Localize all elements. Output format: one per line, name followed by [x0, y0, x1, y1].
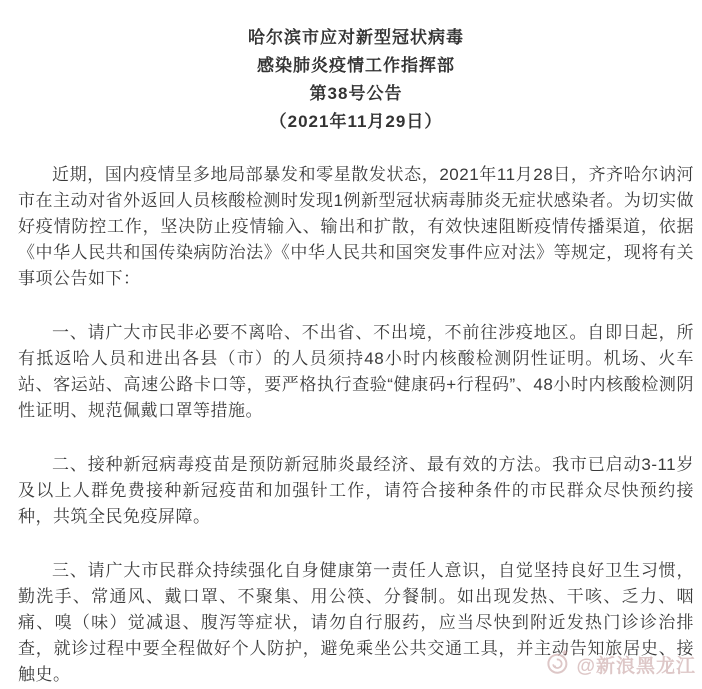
- title-line-org-2: 感染肺炎疫情工作指挥部: [18, 52, 694, 80]
- announcement-document: 哈尔滨市应对新型冠状病毒 感染肺炎疫情工作指挥部 第38号公告 （2021年11…: [0, 0, 702, 689]
- paragraph-item-1: 一、请广大市民非必要不离哈、不出省、不出境，不前往涉疫地区。自即日起，所有抵返哈…: [18, 320, 694, 424]
- paragraph-item-2: 二、接种新冠病毒疫苗是预防新冠肺炎最经济、最有效的方法。我市已启动3-11岁及以…: [18, 452, 694, 530]
- document-body: 近期，国内疫情呈多地局部暴发和零星散发状态，2021年11月28日，齐齐哈尔讷河…: [18, 162, 694, 688]
- title-line-org-1: 哈尔滨市应对新型冠状病毒: [18, 24, 694, 52]
- title-line-date: （2021年11月29日）: [18, 108, 694, 136]
- title-line-notice-number: 第38号公告: [18, 80, 694, 108]
- document-title: 哈尔滨市应对新型冠状病毒 感染肺炎疫情工作指挥部 第38号公告 （2021年11…: [18, 24, 694, 136]
- paragraph-item-3: 三、请广大市民群众持续强化自身健康第一责任人意识，自觉坚持良好卫生习惯，勤洗手、…: [18, 558, 694, 688]
- paragraph-intro: 近期，国内疫情呈多地局部暴发和零星散发状态，2021年11月28日，齐齐哈尔讷河…: [18, 162, 694, 292]
